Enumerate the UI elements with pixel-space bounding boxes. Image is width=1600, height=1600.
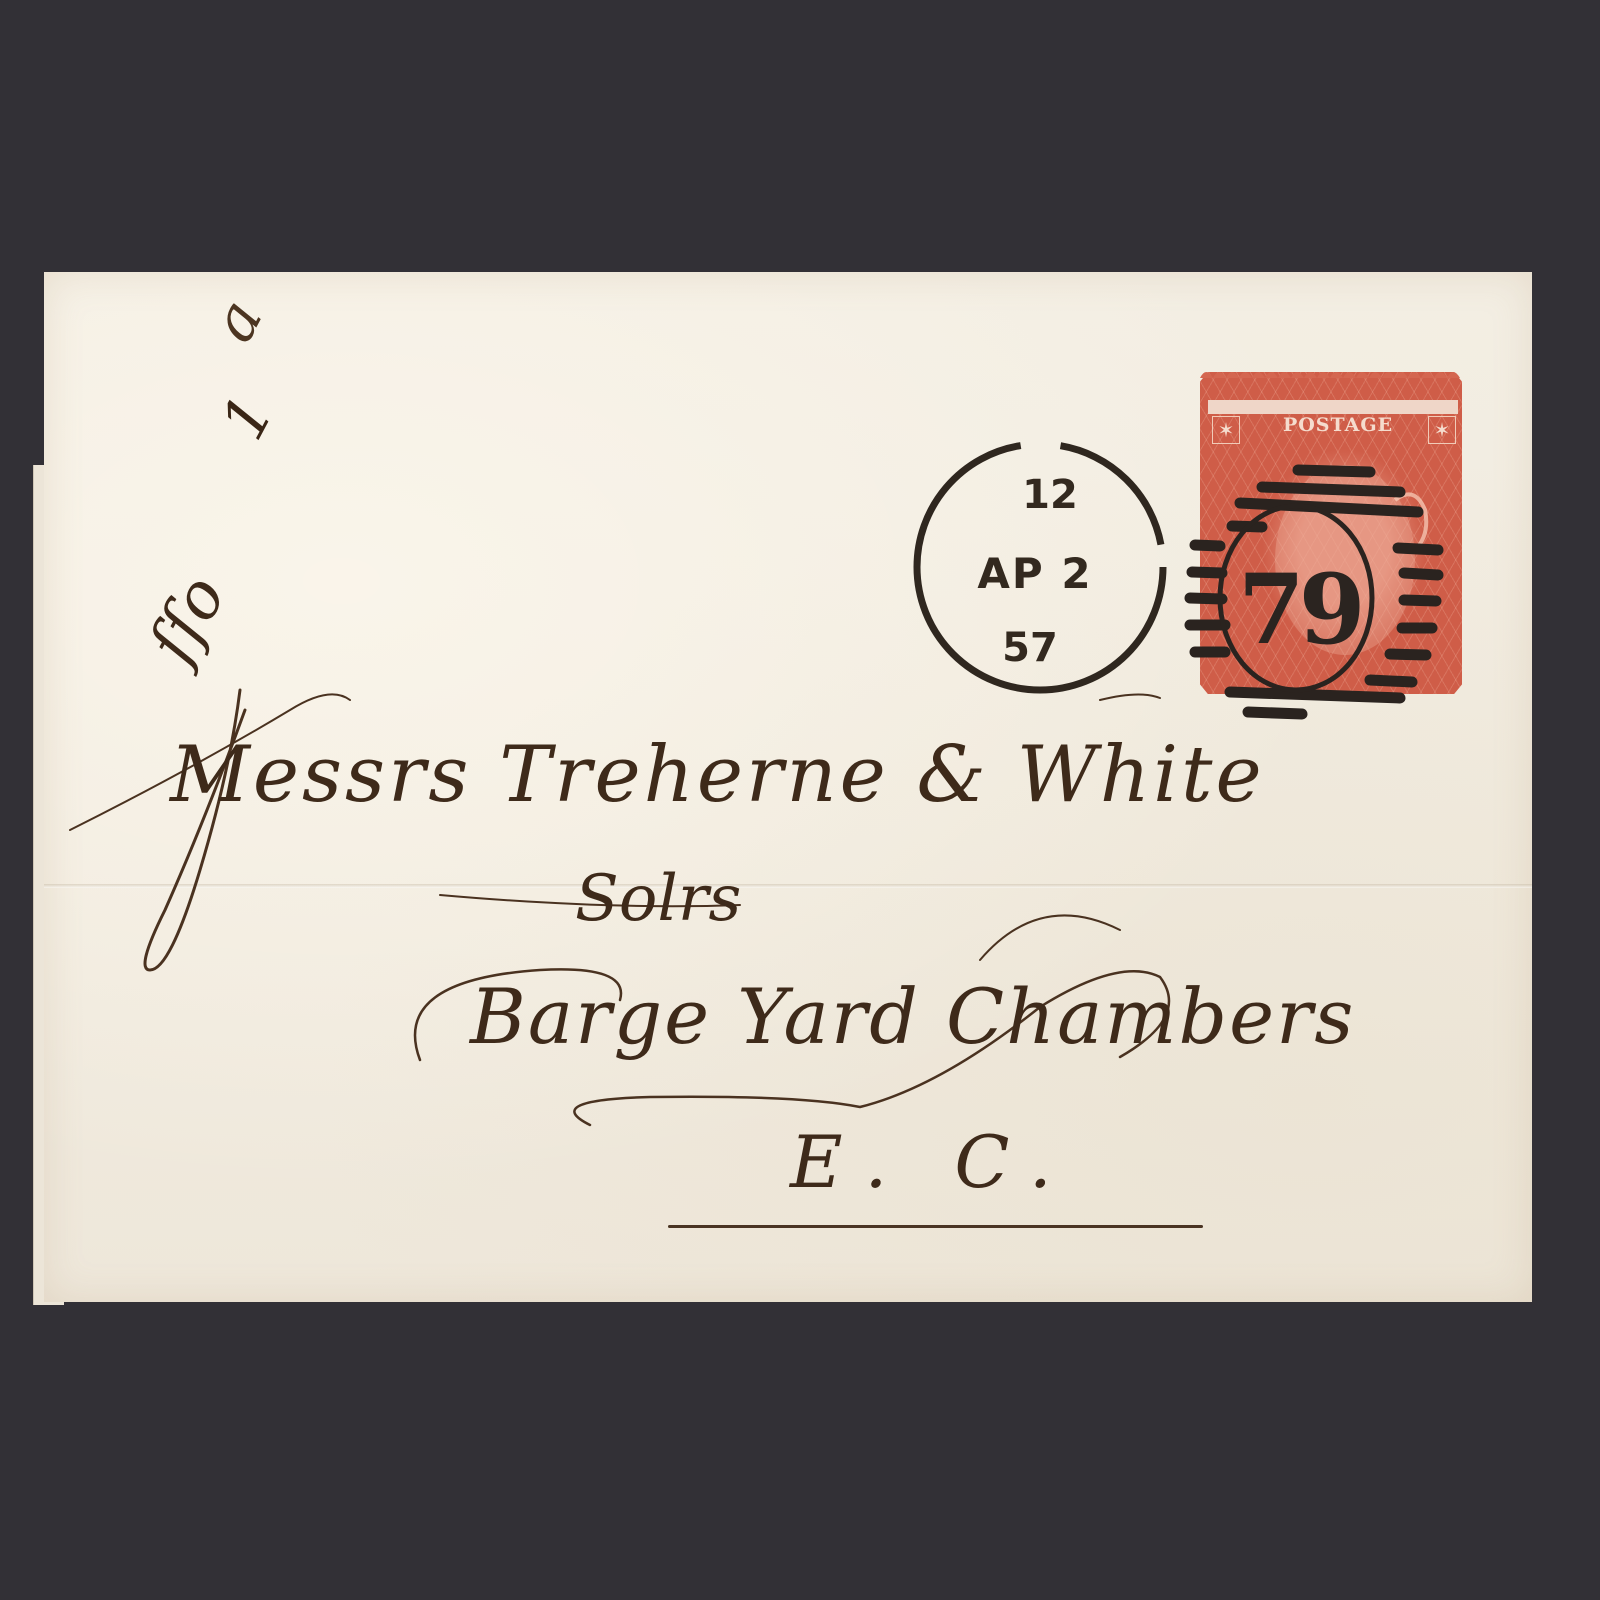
datestamp-year: 57 <box>985 625 1075 671</box>
datestamp-hour: 12 <box>1010 472 1090 518</box>
address-addressee: Messrs Treherne & White <box>170 730 1265 820</box>
datestamp-date: AP 2 <box>935 549 1135 598</box>
stamp-inscription: POSTAGE <box>1258 414 1418 436</box>
address-title: Solrs <box>575 862 741 936</box>
star-ornament-icon: ✶ <box>1428 416 1456 444</box>
star-ornament-icon: ✶ <box>1212 416 1240 444</box>
fold-crease <box>44 884 1532 888</box>
address-underline <box>668 1225 1203 1228</box>
address-district: E. C. <box>790 1120 1074 1204</box>
stamp-selvedge-band <box>1208 400 1458 414</box>
numeral-cancel: 79 <box>1238 540 1358 680</box>
address-street: Barge Yard Chambers <box>470 972 1355 1061</box>
